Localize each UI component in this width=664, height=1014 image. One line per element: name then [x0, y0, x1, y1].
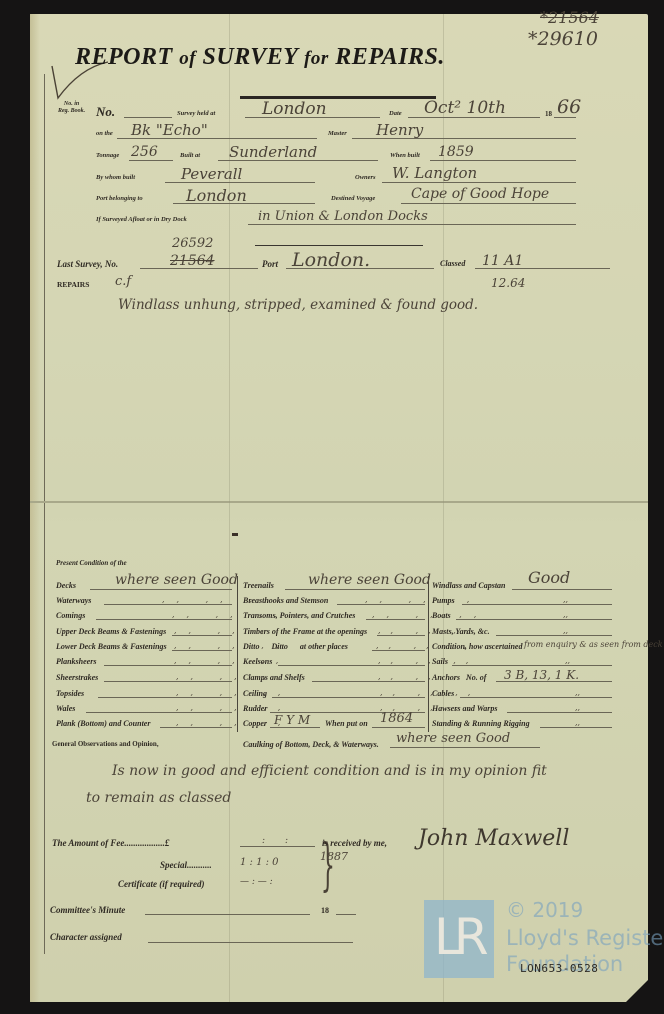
condition-label: Masts, Yards, &c.	[432, 627, 490, 636]
condition-label: Upper Deck Beams & Fastenings	[56, 627, 166, 636]
classed-value: 11 A1	[482, 253, 523, 269]
condition-label: Condition, how ascertained	[432, 642, 522, 651]
condition-value: ,, ,, ,,	[380, 688, 480, 697]
condition-label: Wales	[56, 704, 75, 713]
condition-label: Boats	[432, 611, 451, 620]
port-label: Port	[262, 259, 278, 269]
condition-value: ,,	[575, 688, 580, 697]
tonnage-value: 256	[131, 144, 158, 160]
condition-label: Treenails	[243, 581, 274, 590]
condition-label: Sails	[432, 657, 448, 666]
condition-label: Hawsers and Warps	[432, 704, 498, 713]
condition-value: where seen Good	[308, 572, 431, 588]
fee-amount-value: : :	[262, 836, 288, 846]
no-label: No.	[96, 104, 115, 120]
fold-crease	[229, 14, 230, 1002]
condition-value: ,,	[563, 626, 568, 635]
when-built-label: When built	[390, 152, 420, 159]
last-survey-port: London.	[292, 249, 370, 271]
classed-label: Classed	[440, 259, 465, 268]
condition-label: Copper	[243, 719, 267, 728]
observations-label: General Observations and Opinion,	[52, 740, 159, 748]
observations-line-1: Is now in good and efficient condition a…	[112, 763, 547, 779]
condition-label: Ceiling	[243, 689, 267, 698]
lr-logo: LR	[424, 900, 494, 978]
condition-value: ,, ,, ,,	[174, 656, 290, 665]
condition-label: Timbers of the Frame at the openings	[243, 627, 367, 636]
vessel-name: Bk "Echo"	[131, 121, 208, 139]
condition-value: ,,	[563, 610, 568, 619]
condition-value: ,,	[575, 718, 580, 727]
condition-label: Planksheers	[56, 657, 96, 666]
caulking-label: Caulking of Bottom, Deck, & Waterways.	[243, 740, 379, 749]
by-whom-built-label: By whom built	[96, 174, 135, 181]
repairs-text: Windlass unhung, stripped, examined & fo…	[118, 297, 478, 313]
condition-value: ,,	[563, 595, 568, 604]
reg-book-label: No. inReg. Book.	[58, 101, 85, 115]
condition-value: ,, ,, ,,	[176, 688, 292, 697]
condition-label: Windlass and Capstan	[432, 581, 506, 590]
condition-label: Waterways	[56, 596, 91, 605]
condition-label: Decks	[56, 581, 76, 590]
owners-value: W. Langton	[392, 164, 477, 182]
archive-code-stamp: LON653-0528	[520, 962, 598, 975]
fold-crease	[30, 501, 648, 503]
condition-label: Pumps	[432, 596, 455, 605]
on-the-label: on the	[96, 130, 113, 137]
copper-value: F Y M	[274, 713, 310, 727]
condition-value: ,, ,, ,,	[372, 610, 488, 619]
when-put-on-value: 1864	[380, 711, 413, 726]
certificate-value: — : — :	[240, 877, 273, 887]
surveyed-value: in Union & London Docks	[258, 209, 428, 224]
master-label: Master	[328, 130, 347, 137]
port-belonging-label: Port belonging to	[96, 195, 143, 202]
condition-value: ,, ,, ,,	[378, 656, 478, 665]
survey-held-at-value: London	[262, 99, 327, 119]
condition-label: Clamps and Shelfs	[243, 673, 305, 682]
caulking-value: where seen Good	[396, 731, 510, 746]
condition-value: from enquiry & as seen from deck	[524, 640, 663, 649]
when-built-value: 1859	[438, 144, 474, 160]
condition-label: Keelsons	[243, 657, 272, 666]
condition-value: 3 B, 13, 1 K.	[504, 668, 579, 682]
received-label: is received by me,	[322, 838, 387, 848]
year-value: 66	[557, 96, 581, 118]
when-put-on-label: When put on	[325, 719, 368, 728]
date-label: Date	[389, 110, 402, 117]
repairs-code: c.f	[115, 274, 131, 289]
condition-label: Topsides	[56, 689, 84, 698]
condition-label: Breasthooks and Stemson	[243, 596, 328, 605]
condition-value: ,, ,, ,,	[176, 703, 292, 712]
condition-label: Comings	[56, 611, 85, 620]
condition-label: Anchors No. of	[432, 673, 486, 682]
special-fee-value: 1 : 1 : 0	[240, 857, 279, 868]
fold-crease	[443, 14, 444, 1002]
observations-line-2: to remain as classed	[86, 790, 231, 806]
condition-label: Sheerstrakes	[56, 673, 98, 682]
ink-mark	[232, 533, 238, 536]
condition-value: Good	[528, 568, 570, 587]
date-value: Oct² 10th	[424, 98, 506, 118]
torn-corner	[626, 980, 648, 1002]
destined-voyage-value: Cape of Good Hope	[411, 186, 549, 202]
watermark-copyright: © 2019	[506, 898, 583, 922]
condition-label: Ditto Ditto at other places	[243, 642, 348, 651]
survey-held-at-label: Survey held at	[177, 110, 215, 117]
destined-voyage-label: Destined Voyage	[331, 195, 375, 202]
surveyed-label: If Surveyed Afloat or in Dry Dock	[96, 216, 187, 223]
condition-label: Lower Deck Beams & Fastenings	[56, 642, 167, 651]
condition-label: Cables	[432, 689, 454, 698]
character-assigned-label: Character assigned	[50, 932, 122, 942]
built-at-label: Built at	[180, 152, 200, 159]
watermark-org: Lloyd's Register	[506, 926, 664, 950]
classed-date: 12.64	[491, 276, 525, 290]
condition-label: Transoms, Pointers, and Crutches	[243, 611, 355, 620]
port-belonging-value: London	[186, 186, 247, 205]
surveyor-signature: John Maxwell	[418, 826, 569, 851]
repairs-label: REPAIRS	[57, 280, 89, 289]
built-at-value: Sunderland	[229, 143, 317, 161]
special-fee-label: Special...........	[160, 860, 212, 870]
receipt-note: 1887	[320, 850, 348, 863]
last-survey-label: Last Survey, No.	[57, 259, 118, 269]
page-title: REPORT of SURVEY for REPAIRS.	[75, 44, 565, 71]
condition-value: ,,	[565, 656, 570, 665]
last-survey-number: 26592	[172, 236, 213, 251]
builder-value: Peverall	[181, 165, 242, 183]
condition-label: Standing & Running Rigging	[432, 719, 530, 728]
last-survey-number-struck: 21564	[170, 253, 215, 269]
fee-amount-label: The Amount of Fee..................£	[52, 838, 169, 848]
tonnage-label: Tonnage	[96, 152, 119, 159]
reference-number-struck: *21564	[540, 8, 599, 27]
certificate-label: Certificate (if required)	[118, 879, 204, 889]
year-prefix: 18	[545, 110, 552, 118]
condition-value: where seen Good	[115, 572, 238, 588]
margin-rule	[44, 74, 45, 954]
committee-year-prefix: 18	[321, 906, 329, 915]
owners-label: Owners	[355, 174, 376, 181]
condition-label: Rudder	[243, 704, 267, 713]
condition-value: ,,	[575, 703, 580, 712]
condition-value: ,, ,, ,,	[365, 595, 481, 604]
condition-heading: Present Condition of the	[56, 559, 127, 567]
condition-label: Plank (Bottom) and Counter	[56, 719, 150, 728]
master-value: Henry	[376, 121, 423, 139]
committee-minute-label: Committee's Minute	[50, 905, 125, 915]
